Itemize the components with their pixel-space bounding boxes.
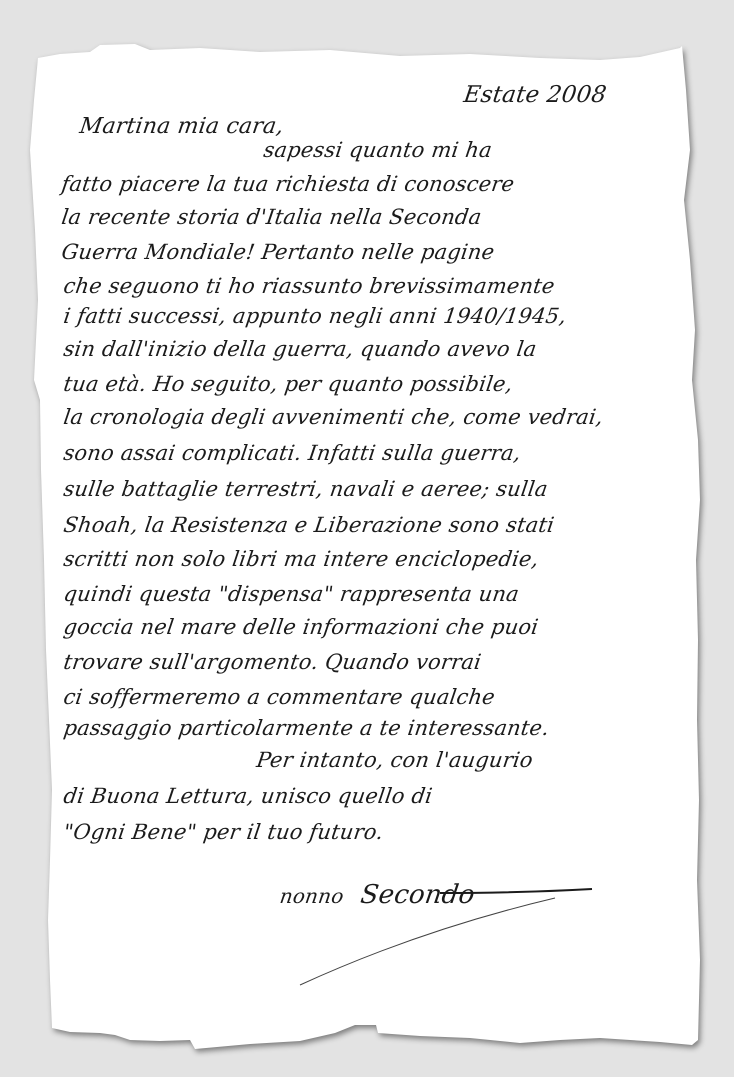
letter-line: scritti non solo libri ma intere enciclo… — [62, 547, 540, 571]
letter-line: Shoah, la Resistenza e Liberazione sono … — [62, 513, 556, 537]
letter-line: fatto piacere la tua richiesta di conosc… — [60, 172, 516, 196]
letter-date: Estate 2008 — [462, 82, 608, 108]
letter-greeting: Martina mia cara, — [78, 114, 285, 139]
letter-line: trovare sull'argomento. Quando vorrai — [62, 650, 483, 674]
letter-line: sono assai complicati. Infatti sulla gue… — [62, 441, 522, 465]
letter-line: sulle battaglie terrestri, navali e aere… — [62, 477, 549, 501]
letter-closing-line: di Buona Lettura, unisco quello di — [62, 784, 434, 808]
letter-line: sin dall'inizio della guerra, quando ave… — [62, 337, 538, 361]
signature-prefix: nonno — [278, 884, 345, 908]
letter-line: la cronologia degli avvenimenti che, com… — [62, 405, 605, 429]
letter-closing-line: Per intanto, con l'augurio — [255, 748, 535, 772]
letter-line: tua età. Ho seguito, per quanto possibil… — [62, 372, 514, 396]
letter-closing-line: "Ogni Bene" per il tuo futuro. — [62, 820, 385, 844]
letter-line: quindi questa "dispensa" rappresenta una — [62, 582, 521, 606]
letter-line: la recente storia d'Italia nella Seconda — [60, 205, 483, 229]
handwritten-letter: Estate 2008 Martina mia cara, sapessi qu… — [0, 0, 734, 1077]
signature-name: Secondo — [359, 880, 477, 910]
letter-line: sapessi quanto mi ha — [262, 138, 494, 162]
letter-line: goccia nel mare delle informazioni che p… — [62, 615, 540, 639]
letter-line: che seguono ti ho riassunto brevissimame… — [62, 274, 556, 298]
letter-line: Guerra Mondiale! Pertanto nelle pagine — [60, 240, 496, 264]
letter-line: i fatti successi, appunto negli anni 194… — [62, 304, 568, 328]
letter-line: ci soffermeremo a commentare qualche — [62, 685, 497, 709]
letter-line: passaggio particolarmente a te interessa… — [62, 716, 551, 740]
signature: nonno Secondo — [278, 880, 477, 910]
